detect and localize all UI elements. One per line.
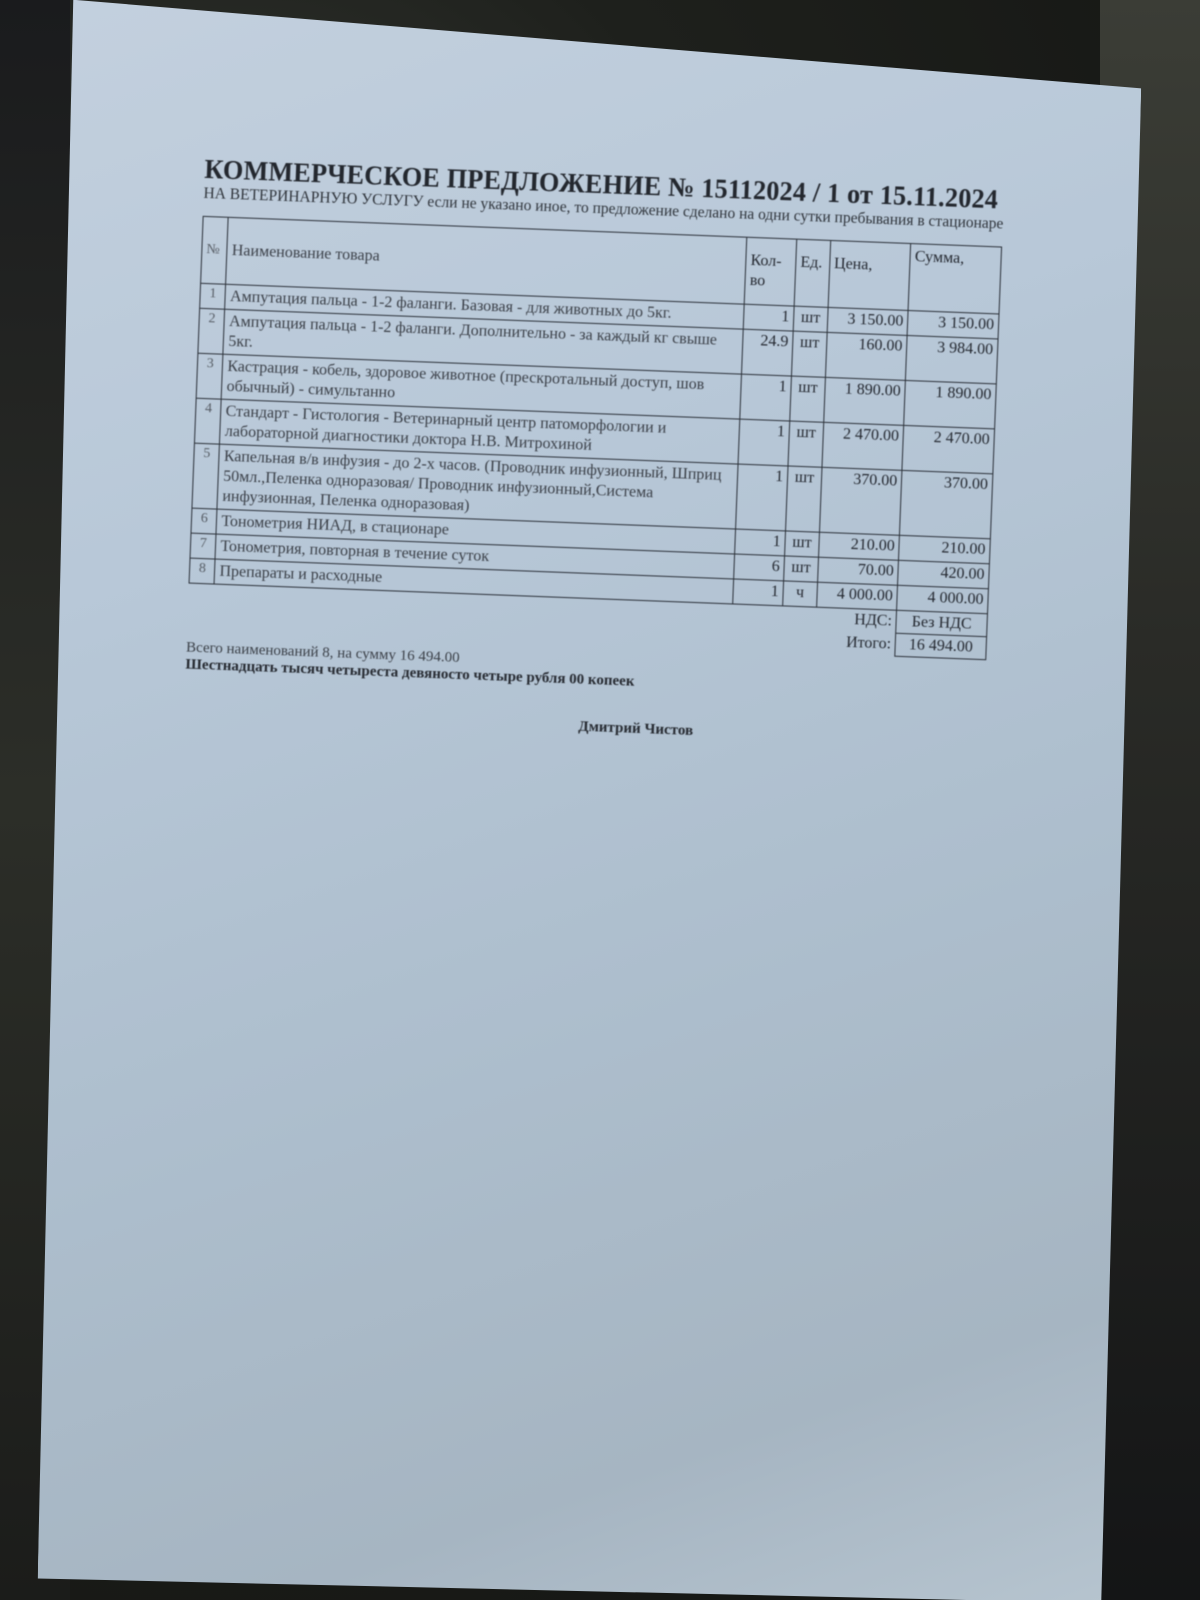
cell-sum: 420.00 xyxy=(898,560,990,588)
header-unit: Ед. xyxy=(794,239,830,307)
cell-unit: шт xyxy=(788,421,823,467)
cell-unit: ч xyxy=(783,581,818,607)
table-body: 1Ампутация пальца - 1-2 фаланги. Базовая… xyxy=(189,283,999,613)
cell-qty: 24.9 xyxy=(742,329,794,376)
cell-sum: 3 150.00 xyxy=(907,310,999,338)
cell-unit: шт xyxy=(784,556,819,582)
cell-qty: 1 xyxy=(738,419,790,466)
cell-price: 210.00 xyxy=(818,532,899,560)
cell-qty: 1 xyxy=(736,464,788,531)
items-table: № Наименование товара Кол-во Ед. Цена, С… xyxy=(187,216,1002,660)
cell-num: 1 xyxy=(200,283,226,309)
cell-price: 2 470.00 xyxy=(822,422,904,470)
cell-unit: шт xyxy=(786,466,822,532)
cell-unit: шт xyxy=(792,331,827,377)
cell-qty: 1 xyxy=(743,304,794,331)
header-price: Цена, xyxy=(828,240,911,310)
header-num: № xyxy=(201,216,229,284)
cell-sum: 3 984.00 xyxy=(906,335,998,383)
cell-unit: шт xyxy=(785,531,820,557)
cell-price: 1 890.00 xyxy=(823,377,905,425)
cell-sum: 210.00 xyxy=(899,535,991,563)
cell-price: 370.00 xyxy=(819,467,902,535)
vat-label: НДС: xyxy=(815,607,896,633)
cell-qty: 6 xyxy=(734,554,785,581)
cell-num: 2 xyxy=(198,308,225,354)
cell-num: 4 xyxy=(194,398,221,444)
cell-sum: 370.00 xyxy=(900,470,993,538)
cell-price: 160.00 xyxy=(825,332,907,380)
header-sum: Сумма, xyxy=(908,244,1001,314)
cell-qty: 1 xyxy=(735,529,786,556)
cell-unit: шт xyxy=(790,376,825,422)
vat-value: Без НДС xyxy=(896,610,988,636)
signature-name: Дмитрий Чистов xyxy=(578,719,1003,752)
cell-num: 5 xyxy=(192,443,220,509)
total-label: Итого: xyxy=(815,630,896,656)
cell-num: 8 xyxy=(189,558,215,584)
total-value: 16 494.00 xyxy=(895,633,987,659)
cell-price: 3 150.00 xyxy=(827,307,908,335)
cell-num: 7 xyxy=(190,533,216,559)
cell-unit: шт xyxy=(793,306,828,332)
cell-num: 3 xyxy=(196,353,223,399)
cell-num: 6 xyxy=(191,508,217,534)
document-content: КОММЕРЧЕСКОЕ ПРЕДЛОЖЕНИЕ № 15112024 / 1 … xyxy=(183,154,1024,752)
cell-sum: 1 890.00 xyxy=(904,380,996,428)
paper-sheet: КОММЕРЧЕСКОЕ ПРЕДЛОЖЕНИЕ № 15112024 / 1 … xyxy=(38,0,1143,1600)
cell-price: 4 000.00 xyxy=(816,582,897,610)
header-qty: Кол-во xyxy=(744,237,796,306)
cell-qty: 1 xyxy=(740,374,792,421)
cell-sum: 2 470.00 xyxy=(902,425,994,473)
cell-price: 70.00 xyxy=(817,557,898,585)
cell-sum: 4 000.00 xyxy=(897,585,989,613)
cell-qty: 1 xyxy=(733,579,784,606)
